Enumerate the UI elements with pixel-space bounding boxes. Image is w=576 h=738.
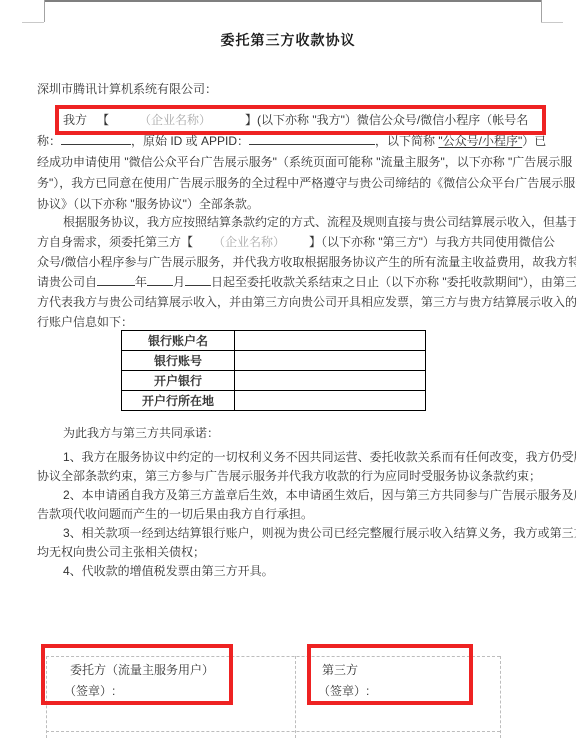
bank-field-label: 开户行所在地 xyxy=(122,391,235,411)
spacer xyxy=(37,225,63,226)
text-line: 1、我方在服务协议中约定的一切权利义务不因共同运营、委托收款关系而有任何改变，我… xyxy=(37,448,540,467)
page-top-edge xyxy=(44,0,542,2)
page-corner-mark-right-arm xyxy=(541,22,563,23)
text-line: 请贵公司自年月日起至委托收款关系结束之日止（以下亦称 "委托收款期间"），由第三 xyxy=(37,272,540,292)
bank-field-value xyxy=(235,371,426,391)
text-run: 方代表我方与贵公司结算展示收入，并由第三方向贵公司开具相应发票，第三方与贵方结算… xyxy=(37,295,576,309)
highlight-box-signature-right xyxy=(307,644,473,705)
text-run: ，原始 ID 或 APPID： xyxy=(131,134,249,148)
text-run: 协议全部条款约束，第三方参与广告展示服务并代我方收款的行为应同时受服务协议条款约… xyxy=(37,469,541,483)
bank-table-row: 银行账户名 xyxy=(122,331,426,351)
bank-field-label: 开户银行 xyxy=(122,371,235,391)
spacer xyxy=(37,436,63,437)
text-run: 1、我方在服务协议中约定的一切权利义务不因共同运营、委托收款关系而有任何改变，我… xyxy=(63,450,576,464)
text-line: 4、代收款的增值税发票由第三方开具。 xyxy=(37,562,540,581)
text-run: 为此我方与第三方共同承诺： xyxy=(63,426,219,440)
fill-in-blank-line xyxy=(185,273,211,286)
text-run: 根据服务协议，我方应按照结算条款约定的方式、流程及规则直接与贵公司结算展示收入，… xyxy=(63,215,576,229)
page-corner-mark-left-arm xyxy=(22,22,44,23)
recipient-line: 深圳市腾讯计算机系统有限公司： xyxy=(37,80,217,97)
spacer xyxy=(285,245,309,246)
fill-in-blank-line xyxy=(147,273,173,286)
promise-items: 1、我方在服务协议中约定的一切权利义务不因共同运营、委托收款关系而有任何改变，我… xyxy=(37,448,540,581)
text-run: 行账户信息如下： xyxy=(37,315,133,329)
text-run: 年 xyxy=(135,275,147,289)
text-line: 务"），我方已同意在使用广告展示服务的全过程中严格遵守与贵公司缔结的《微信公众平… xyxy=(37,173,540,194)
spacer xyxy=(37,498,63,499)
bank-field-value xyxy=(235,391,426,411)
placeholder-text: （企业名称） xyxy=(213,235,285,249)
text-line: 方自身需求，须委托第三方【（企业名称）】（以下亦称 "第三方"）与我方共同使用微… xyxy=(37,232,540,252)
text-run: 众号/微信小程序参与广告展示服务，并代我方收取根据服务协议产生的所有流量主收益费… xyxy=(37,255,576,269)
document-title: 委托第三方收款协议 xyxy=(0,30,576,50)
text-line: 众号/微信小程序参与广告展示服务，并代我方收取根据服务协议产生的所有流量主收益费… xyxy=(37,252,540,272)
text-run: 】（以下亦称 "第三方"）与我方共同使用微信公 xyxy=(309,235,555,249)
bank-field-label: 银行账号 xyxy=(122,351,235,371)
paragraph-promise-lead: 为此我方与第三方共同承诺： xyxy=(37,424,540,443)
text-line: 2、本申请函自我方及第三方盖章后生效，本申请函生效后，因与第三方共同参与广告展示… xyxy=(37,486,540,505)
spacer xyxy=(37,574,63,575)
text-run: 4、代收款的增值税发票由第三方开具。 xyxy=(63,564,274,578)
bank-table-row: 银行账号 xyxy=(122,351,426,371)
text-line: 方代表我方与贵公司结算展示收入，并由第三方向贵公司开具相应发票，第三方与贵方结算… xyxy=(37,292,540,312)
text-run: 均无权向贵公司主张相关债权； xyxy=(37,545,205,559)
bank-field-value xyxy=(235,351,426,371)
highlight-box-party-name xyxy=(55,105,546,135)
signature-table-right-border xyxy=(500,656,502,738)
text-line: 根据服务协议，我方应按照结算条款约定的方式、流程及规则直接与贵公司结算展示收入，… xyxy=(37,212,540,232)
bank-account-table-body: 银行账户名银行账号开户银行开户行所在地 xyxy=(122,331,426,411)
text-run: 2、本申请函自我方及第三方盖章后生效，本申请函生效后，因与第三方共同参与广告展示… xyxy=(63,488,576,502)
underlined-text: "公众号/小程序" xyxy=(438,134,522,148)
text-line: 协议全部条款约束，第三方参与广告展示服务并代我方收款的行为应同时受服务协议条款约… xyxy=(37,467,540,486)
text-run: 方自身需求，须委托第三方【 xyxy=(37,235,193,249)
text-run: 请贵公司自 xyxy=(37,275,97,289)
bank-table-row: 开户行所在地 xyxy=(122,391,426,411)
highlight-box-signature-left xyxy=(41,644,233,705)
spacer xyxy=(193,245,213,246)
bank-table-row: 开户银行 xyxy=(122,371,426,391)
text-run: 月 xyxy=(173,275,185,289)
text-line: 均无权向贵公司主张相关债权； xyxy=(37,543,540,562)
bank-field-label: 银行账户名 xyxy=(122,331,235,351)
page-corner-mark-left xyxy=(44,0,45,22)
bank-field-value xyxy=(235,331,426,351)
page-corner-mark-right xyxy=(541,0,542,22)
text-run: 务"），我方已同意在使用广告展示服务的全过程中严格遵守与贵公司缔结的《微信公众平… xyxy=(37,176,576,190)
text-run: 经成功申请使用 "微信公众平台广告展示服务"（系统页面可能称 "流量主服务"，以… xyxy=(37,155,572,169)
text-line: 行账户信息如下： xyxy=(37,312,540,332)
text-line: 告款项代收问题而产生的一切后果由我方自行承担。 xyxy=(37,505,540,524)
document-page: { "title": "委托第三方收款协议", "salutation": "深… xyxy=(0,0,576,738)
spacer xyxy=(37,460,63,461)
signature-table-row-border xyxy=(46,731,500,733)
text-line: 3、相关款项一经到达结算银行账户，则视为贵公司已经完整履行展示收入结算义务，我方… xyxy=(37,524,540,543)
fill-in-blank-line xyxy=(97,273,135,286)
text-run: 3、相关款项一经到达结算银行账户，则视为贵公司已经完整履行展示收入结算义务，我方… xyxy=(63,526,576,540)
text-run: 协议》（以下亦称 "服务协议"）全部条款。 xyxy=(37,197,259,211)
text-run: ，以下简称 xyxy=(375,134,438,148)
text-line: 经成功申请使用 "微信公众平台广告展示服务"（系统页面可能称 "流量主服务"，以… xyxy=(37,152,540,173)
bank-account-table: 银行账户名银行账号开户银行开户行所在地 xyxy=(121,330,426,411)
signature-table-middle-border xyxy=(295,656,297,738)
text-run: 称： xyxy=(37,134,61,148)
paragraph-delegation: 根据服务协议，我方应按照结算条款约定的方式、流程及规则直接与贵公司结算展示收入，… xyxy=(37,212,540,332)
spacer xyxy=(37,536,63,537)
text-run: 告款项代收问题而产生的一切后果由我方自行承担。 xyxy=(37,507,313,521)
text-run: 日起至委托收款关系结束之日止（以下亦称 "委托收款期间"），由第三 xyxy=(211,275,576,289)
text-run: ）已 xyxy=(522,134,546,148)
text-line: 为此我方与第三方共同承诺： xyxy=(37,424,540,443)
